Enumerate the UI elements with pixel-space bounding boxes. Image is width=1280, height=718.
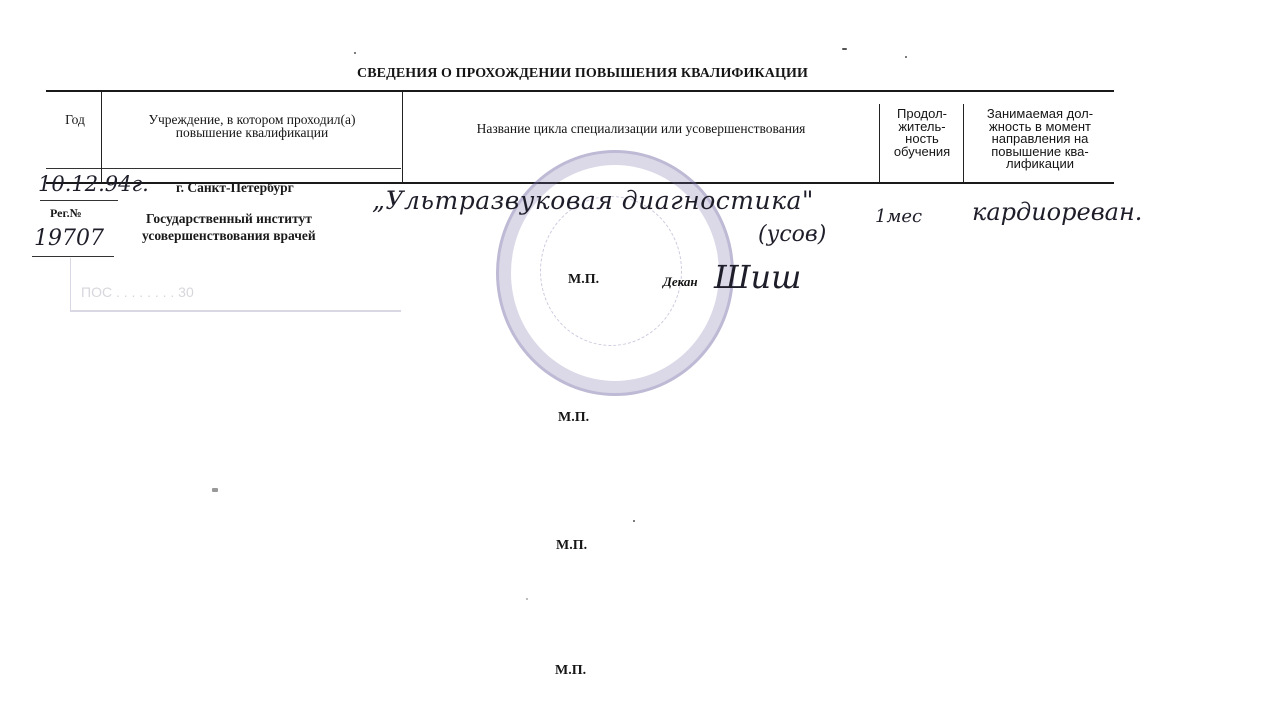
scan-speck — [354, 52, 356, 54]
table-top-border — [46, 90, 1114, 92]
header-underline-left — [46, 168, 401, 169]
document-title: СВЕДЕНИЯ О ПРОХОЖДЕНИИ ПОВЫШЕНИЯ КВАЛИФИ… — [0, 66, 1165, 82]
scan-speck — [212, 488, 218, 492]
scan-speck — [633, 520, 635, 522]
round-seal-inner-ring — [540, 196, 682, 346]
institution-name-line-2: усовершенствования врачей — [142, 228, 316, 244]
header-cycle: Название цикла специализации или усоверш… — [405, 122, 877, 135]
stamp-placeholder-2: М.П. — [558, 410, 589, 426]
reg-number-underline — [32, 256, 114, 257]
faint-stamp-text: ПОС . . . . . . . . 30 — [81, 284, 194, 300]
col-divider-2 — [402, 92, 403, 182]
reg-label: Рег.№ — [50, 206, 82, 221]
cycle-name: „Ультразвуковая диагностика" — [372, 186, 814, 215]
scan-speck — [905, 56, 907, 58]
header-position-line-5: лификации — [966, 158, 1114, 171]
header-institution: Учреждение, в котором проходил(а) повыше… — [104, 113, 400, 139]
header-year: Год — [52, 113, 98, 126]
dean-label: Декан — [663, 274, 698, 290]
header-duration-line-4: обучения — [882, 146, 962, 159]
dean-signature: Шиш — [714, 258, 801, 296]
institution-city: г. Санкт-Петербург — [176, 180, 294, 196]
header-duration: Продол- житель- ность обучения — [882, 108, 962, 158]
header-institution-line-2: повышение квалификации — [104, 126, 400, 139]
row-date-underline — [40, 200, 118, 201]
reg-number: 19707 — [34, 226, 104, 251]
duration-value: 1мес — [875, 206, 922, 227]
faint-rectangular-stamp: ПОС . . . . . . . . 30 — [70, 258, 401, 312]
col-divider-3 — [879, 104, 880, 182]
col-divider-1 — [101, 92, 102, 182]
position-value: кардиореван. — [972, 198, 1142, 226]
scan-speck — [526, 598, 528, 600]
institution-name-line-1: Государственный институт — [146, 211, 312, 227]
stamp-placeholder-3: М.П. — [556, 538, 587, 554]
col-divider-4 — [963, 104, 964, 182]
cycle-note: (усов) — [758, 222, 826, 247]
stamp-label-1: М.П. — [568, 272, 599, 288]
row-date: 10.12.94г. — [38, 172, 149, 196]
stamp-placeholder-4: М.П. — [555, 663, 586, 679]
header-position: Занимаемая дол- жность в момент направле… — [966, 108, 1114, 171]
scan-speck — [842, 48, 847, 50]
